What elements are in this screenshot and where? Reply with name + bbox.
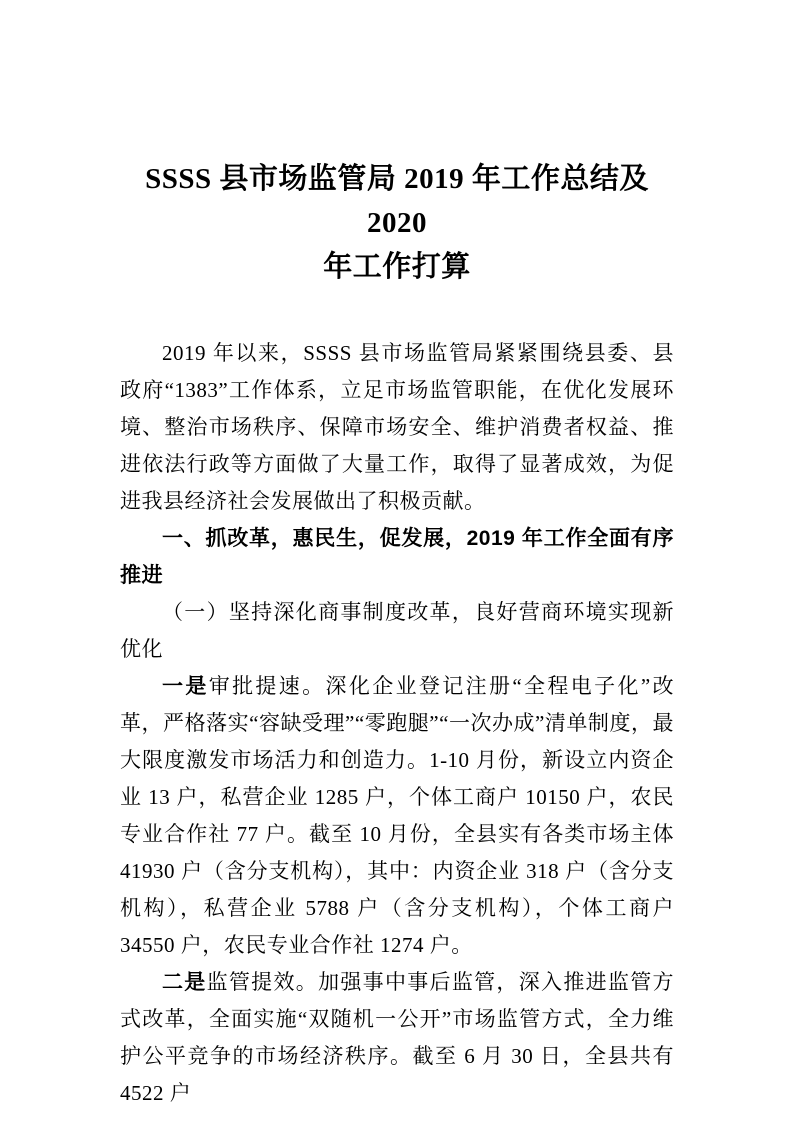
document-title: SSSS 县市场监管局 2019 年工作总结及 2020 年工作打算: [120, 157, 674, 289]
subsection-1-heading: （一）坚持深化商事制度改革，良好营商环境实现新优化: [120, 594, 674, 668]
page-content: SSSS 县市场监管局 2019 年工作总结及 2020 年工作打算 2019 …: [0, 0, 793, 1112]
item-1-text: 审批提速。深化企业登记注册“全程电子化”改革，严格落实“容缺受理”“零跑腿”“一…: [120, 674, 674, 957]
document-title-line-1: SSSS 县市场监管局 2019 年工作总结及 2020: [120, 157, 674, 245]
document-body: 2019 年以来，SSSS 县市场监管局紧紧围绕县委、县政府“1383”工作体系…: [120, 335, 674, 1112]
item-1-paragraph: 一是审批提速。深化企业登记注册“全程电子化”改革，严格落实“容缺受理”“零跑腿”…: [120, 668, 674, 964]
document-title-line-2: 年工作打算: [120, 245, 674, 289]
document-page: SSSS 县市场监管局 2019 年工作总结及 2020 年工作打算 2019 …: [0, 0, 793, 1122]
item-2-lead: 二是: [162, 970, 207, 994]
item-1-lead: 一是: [162, 674, 209, 698]
section-1-heading: 一、抓改革，惠民生，促发展，2019 年工作全面有序推进: [120, 520, 674, 594]
item-2-paragraph: 二是监管提效。加强事中事后监管，深入推进监管方式改革，全面实施“双随机一公开”市…: [120, 964, 674, 1112]
intro-paragraph: 2019 年以来，SSSS 县市场监管局紧紧围绕县委、县政府“1383”工作体系…: [120, 335, 674, 520]
